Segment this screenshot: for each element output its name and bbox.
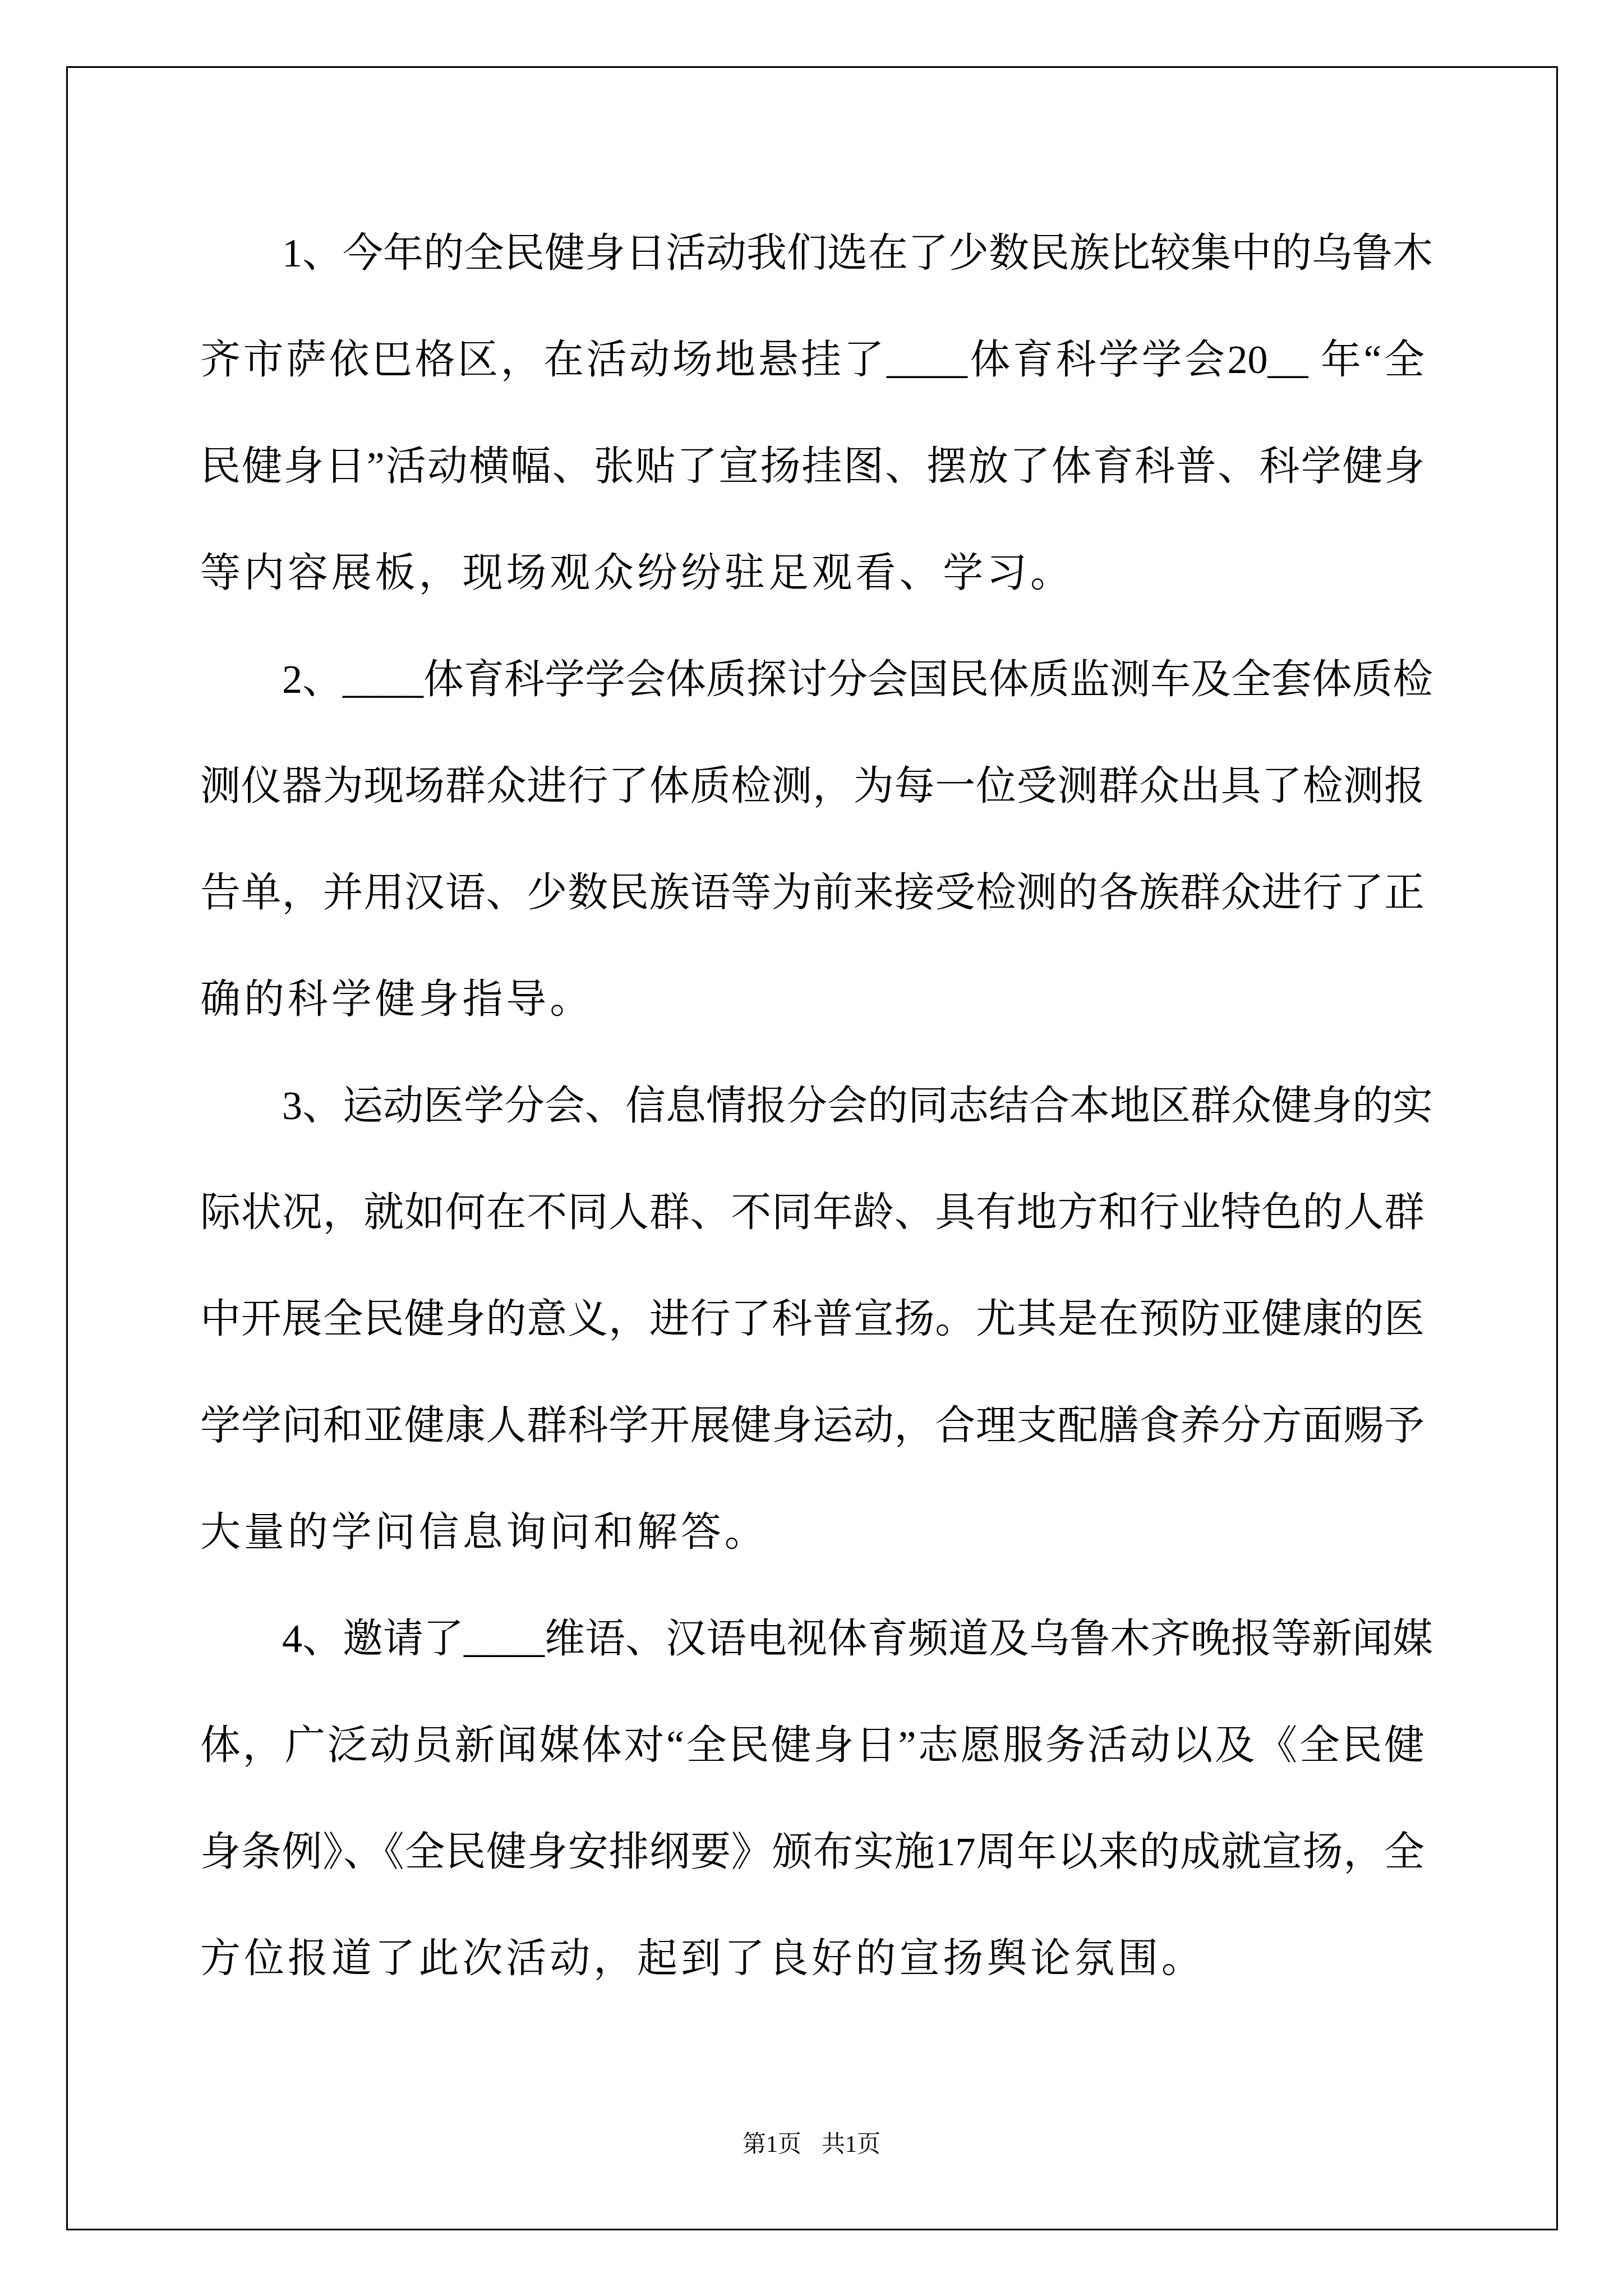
paragraph-3-line-5: 大量的学问信息询问和解答。 bbox=[200, 1479, 1424, 1585]
paragraph-3-line-2: 际状况，就如何在不同人群、不同年龄、具有地方和行业特色的人群 bbox=[200, 1159, 1424, 1266]
paragraph-1-line-2: 齐市萨依巴格区，在活动场地悬挂了____体育科学学会20__ 年“全 bbox=[200, 306, 1424, 413]
paragraph-1-line-4: 等内容展板，现场观众纷纷驻足观看、学习。 bbox=[200, 519, 1424, 626]
page-number-total: 共1页 bbox=[822, 2132, 880, 2157]
paragraph-2-line-4: 确的科学健身指导。 bbox=[200, 946, 1424, 1052]
paragraph-1-line-3: 民健身日”活动横幅、张贴了宣扬挂图、摆放了体育科普、科学健身 bbox=[200, 413, 1424, 519]
paragraph-3-line-4: 学学问和亚健康人群科学开展健身运动，合理支配膳食养分方面赐予 bbox=[200, 1372, 1424, 1479]
paragraph-2-line-1: 2、____体育科学学会体质探讨分会国民体质监测车及全套体质检 bbox=[200, 626, 1424, 733]
page-footer: 第1页共1页 bbox=[0, 2129, 1623, 2160]
document-body: 1、今年的全民健身日活动我们选在了少数民族比较集中的乌鲁木 齐市萨依巴格区，在活… bbox=[200, 200, 1424, 2012]
paragraph-4-line-4: 方位报道了此次活动，起到了良好的宣扬舆论氛围。 bbox=[200, 1905, 1424, 2012]
paragraph-2-line-3: 告单，并用汉语、少数民族语等为前来接受检测的各族群众进行了正 bbox=[200, 839, 1424, 946]
paragraph-4-line-1: 4、邀请了____维语、汉语电视体育频道及乌鲁木齐晚报等新闻媒 bbox=[200, 1585, 1424, 1692]
paragraph-4-line-2: 体，广泛动员新闻媒体对“全民健身日”志愿服务活动以及《全民健 bbox=[200, 1692, 1424, 1798]
paragraph-3-line-3: 中开展全民健身的意义，进行了科普宣扬。尤其是在预防亚健康的医 bbox=[200, 1266, 1424, 1372]
paragraph-4-line-3: 身条例》、《全民健身安排纲要》颁布实施17周年以来的成就宣扬，全 bbox=[200, 1798, 1424, 1905]
page-number-current: 第1页 bbox=[743, 2132, 801, 2157]
paragraph-3-line-1: 3、运动医学分会、信息情报分会的同志结合本地区群众健身的实 bbox=[200, 1052, 1424, 1159]
paragraph-2-line-2: 测仪器为现场群众进行了体质检测，为每一位受测群众出具了检测报 bbox=[200, 733, 1424, 839]
paragraph-1-line-1: 1、今年的全民健身日活动我们选在了少数民族比较集中的乌鲁木 bbox=[200, 200, 1424, 306]
